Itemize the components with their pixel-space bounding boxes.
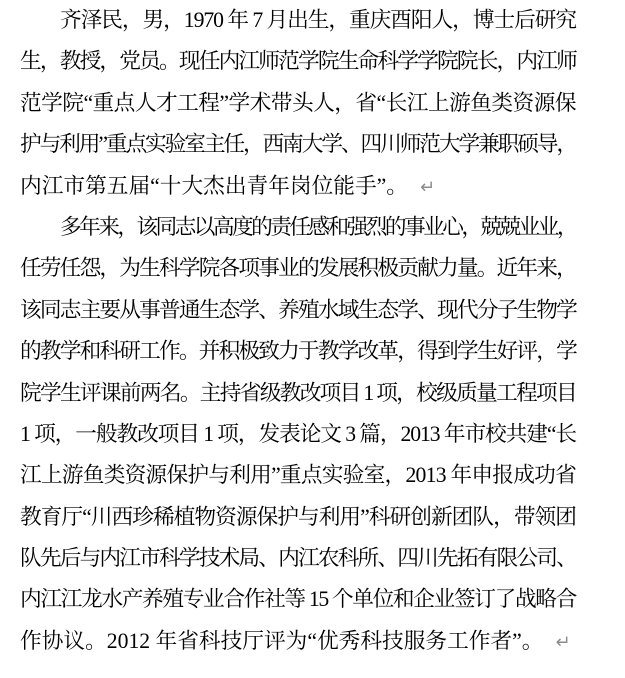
line-text: 多年来，该同志以高度的责任感和强烈的事业心，兢兢业业， bbox=[60, 215, 576, 239]
text-line[interactable]: 护与利用”重点实验室主任，西南大学、四川师范大学兼职硕导， bbox=[20, 124, 576, 165]
document-text-area[interactable]: 齐泽民，男，1970 年 7 月出生，重庆酉阳人，博士后研究生，教授，党员。现任… bbox=[20, 0, 576, 662]
text-line[interactable]: 多年来，该同志以高度的责任感和强烈的事业心，兢兢业业， bbox=[20, 207, 576, 248]
line-text: 任劳任怨，为生科学院各项事业的发展积极贡献力量。近年来， bbox=[20, 256, 576, 280]
text-line[interactable]: 1 项，一般教改项目 1 项，发表论文 3 篇，2013 年市校共建“长 bbox=[20, 414, 576, 455]
text-line[interactable]: 内江江龙水产养殖专业合作社等 15 个单位和企业签订了战略合 bbox=[20, 579, 576, 620]
text-line[interactable]: 江上游鱼类资源保护与利用”重点实验室，2013 年申报成功省 bbox=[20, 455, 576, 496]
text-line[interactable]: 教育厅“川西珍稀植物资源保护与利用”科研创新团队，带领团 bbox=[20, 497, 576, 538]
line-text: 护与利用”重点实验室主任，西南大学、四川师范大学兼职硕导， bbox=[20, 132, 576, 156]
text-line[interactable]: 队先后与内江市科学技术局、内江农科所、四川先拓有限公司、 bbox=[20, 538, 576, 579]
line-text: 生，教授，党员。现任内江师范学院生命科学学院院长，内江师 bbox=[20, 49, 576, 73]
paragraph-mark-icon: ↵ bbox=[556, 622, 571, 663]
line-text: 该同志主要从事普通生态学、养殖水域生态学、现代分子生物学 bbox=[20, 298, 576, 322]
text-line[interactable]: 生，教授，党员。现任内江师范学院生命科学学院院长，内江师 bbox=[20, 41, 576, 82]
line-text: 队先后与内江市科学技术局、内江农科所、四川先拓有限公司、 bbox=[20, 546, 576, 570]
line-text: 作协议。2012 年省科技厅评为“优秀科技服务工作者”。 bbox=[20, 629, 544, 653]
line-text: 内江市第五届“十大杰出青年岗位能手”。 bbox=[20, 174, 408, 198]
line-text: 院学生评课前两名。主持省级教改项目 1 项，校级质量工程项目 bbox=[20, 381, 576, 405]
text-line[interactable]: 任劳任怨，为生科学院各项事业的发展积极贡献力量。近年来， bbox=[20, 248, 576, 289]
text-line[interactable]: 齐泽民，男，1970 年 7 月出生，重庆酉阳人，博士后研究 bbox=[20, 0, 576, 41]
line-text: 教育厅“川西珍稀植物资源保护与利用”科研创新团队，带领团 bbox=[20, 505, 576, 529]
line-text: 1 项，一般教改项目 1 项，发表论文 3 篇，2013 年市校共建“长 bbox=[20, 422, 576, 446]
line-text: 的教学和科研工作。并积极致力于教学改革，得到学生好评，学 bbox=[20, 339, 576, 363]
line-text: 范学院“重点人才工程”学术带头人，省“长江上游鱼类资源保 bbox=[20, 91, 576, 115]
paragraph: 齐泽民，男，1970 年 7 月出生，重庆酉阳人，博士后研究生，教授，党员。现任… bbox=[20, 0, 576, 207]
text-line[interactable]: 内江市第五届“十大杰出青年岗位能手”。↵ bbox=[20, 166, 576, 207]
line-text: 江上游鱼类资源保护与利用”重点实验室，2013 年申报成功省 bbox=[20, 463, 576, 487]
paragraph-mark-icon: ↵ bbox=[420, 167, 435, 208]
text-line[interactable]: 该同志主要从事普通生态学、养殖水域生态学、现代分子生物学 bbox=[20, 290, 576, 331]
paragraph: 多年来，该同志以高度的责任感和强烈的事业心，兢兢业业，任劳任怨，为生科学院各项事… bbox=[20, 207, 576, 662]
line-text: 内江江龙水产养殖专业合作社等 15 个单位和企业签订了战略合 bbox=[20, 587, 576, 611]
document-page: 齐泽民，男，1970 年 7 月出生，重庆酉阳人，博士后研究生，教授，党员。现任… bbox=[0, 0, 625, 678]
text-line[interactable]: 的教学和科研工作。并积极致力于教学改革，得到学生好评，学 bbox=[20, 331, 576, 372]
line-text: 齐泽民，男，1970 年 7 月出生，重庆酉阳人，博士后研究 bbox=[60, 8, 576, 32]
text-line[interactable]: 范学院“重点人才工程”学术带头人，省“长江上游鱼类资源保 bbox=[20, 83, 576, 124]
text-line[interactable]: 作协议。2012 年省科技厅评为“优秀科技服务工作者”。↵ bbox=[20, 621, 576, 662]
text-line[interactable]: 院学生评课前两名。主持省级教改项目 1 项，校级质量工程项目 bbox=[20, 373, 576, 414]
